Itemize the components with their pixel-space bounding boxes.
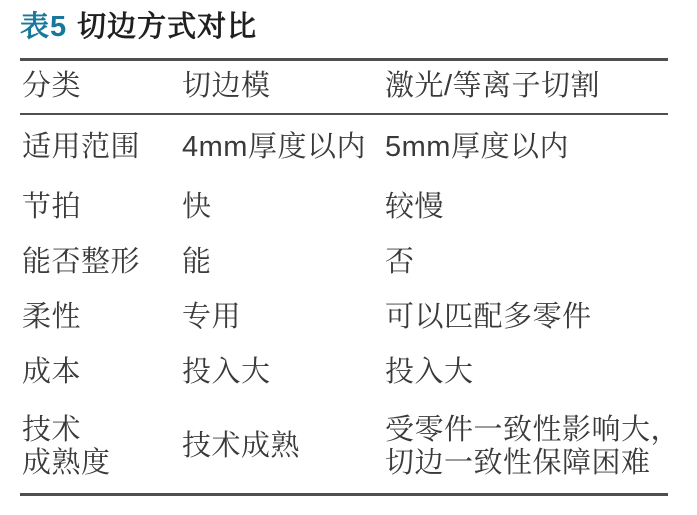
row-label: 节拍 [20, 180, 180, 235]
table-row: 技术 成熟度 技术成熟 受零件一致性影响大， 切边一致性保障困难 [20, 401, 668, 495]
cell-trim-die: 投入大 [180, 345, 383, 401]
cell-laser-plasma: 投入大 [383, 345, 668, 401]
table-title-text: 切边方式对比 [77, 11, 257, 43]
header-cell-laser-plasma: 激光/等离子切割 [383, 60, 668, 114]
table-row: 成本 投入大 投入大 [20, 345, 668, 401]
table-row: 柔性 专用 可以匹配多零件 [20, 290, 668, 345]
cell-laser-plasma: 否 [383, 235, 668, 290]
comparison-table: 分类 切边模 激光/等离子切割 适用范围 4mm厚度以内 5mm厚度以内 节拍 … [20, 58, 668, 496]
cell-trim-die: 快 [180, 180, 383, 235]
page: 表5切边方式对比 分类 切边模 激光/等离子切割 适用范围 4mm厚度以内 5m… [0, 0, 697, 515]
header-cell-category: 分类 [20, 60, 180, 114]
table-row: 适用范围 4mm厚度以内 5mm厚度以内 [20, 114, 668, 180]
row-label: 成本 [20, 345, 180, 401]
table-body: 适用范围 4mm厚度以内 5mm厚度以内 节拍 快 较慢 能否整形 能 否 柔性… [20, 114, 668, 495]
row-label: 柔性 [20, 290, 180, 345]
cell-trim-die: 专用 [180, 290, 383, 345]
table-title: 表5切边方式对比 [0, 0, 697, 46]
header-cell-trim-die: 切边模 [180, 60, 383, 114]
cell-laser-plasma: 5mm厚度以内 [383, 114, 668, 180]
cell-laser-plasma: 受零件一致性影响大， 切边一致性保障困难 [383, 401, 668, 495]
cell-trim-die: 技术成熟 [180, 401, 383, 495]
row-label: 技术 成熟度 [20, 401, 180, 495]
row-label: 能否整形 [20, 235, 180, 290]
cell-trim-die: 4mm厚度以内 [180, 114, 383, 180]
cell-laser-plasma: 较慢 [383, 180, 668, 235]
cell-laser-plasma: 可以匹配多零件 [383, 290, 668, 345]
row-label: 适用范围 [20, 114, 180, 180]
table-header: 分类 切边模 激光/等离子切割 [20, 60, 668, 114]
table-number: 表5 [20, 11, 67, 43]
header-row: 分类 切边模 激光/等离子切割 [20, 60, 668, 114]
table-row: 能否整形 能 否 [20, 235, 668, 290]
cell-trim-die: 能 [180, 235, 383, 290]
table-row: 节拍 快 较慢 [20, 180, 668, 235]
